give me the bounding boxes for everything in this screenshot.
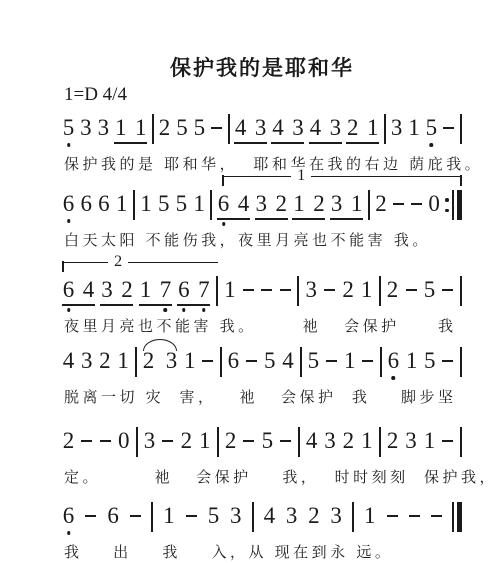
note: 5 — [263, 348, 276, 374]
note: 3 — [254, 115, 267, 141]
note: 2 — [62, 428, 75, 454]
low-octave-dot — [430, 143, 434, 147]
duration-dash-line — [326, 360, 337, 362]
note-digit: 5 — [263, 348, 276, 374]
barline — [297, 276, 299, 306]
duration-dash — [80, 428, 93, 442]
barline — [252, 502, 254, 532]
final-barline — [452, 502, 462, 532]
beam-line — [139, 304, 172, 306]
barline — [217, 427, 219, 457]
duration-dash — [441, 277, 454, 291]
note: 2 — [346, 115, 359, 141]
note-digit: 6 — [62, 277, 75, 303]
note: 5 — [175, 115, 188, 141]
note: 2 — [312, 191, 325, 217]
thick-barline — [457, 502, 462, 532]
note: 3 — [79, 115, 92, 141]
note-digit: 1 — [117, 348, 130, 374]
note-digit: 5 — [157, 191, 170, 217]
note: 3 — [97, 115, 110, 141]
note: 2 — [224, 428, 237, 454]
barline — [379, 427, 381, 457]
barline — [380, 347, 382, 377]
note: 5 — [193, 115, 206, 141]
note-digit: 2 — [224, 428, 237, 454]
beam-group: 12 — [292, 191, 325, 217]
beam-group: 64 — [62, 277, 95, 303]
duration-dash — [405, 277, 418, 291]
note-digit: 4 — [234, 115, 247, 141]
key-signature: 1=D 4/4 — [64, 84, 127, 106]
note-digit: 6 — [387, 348, 400, 374]
notation-row: 20321254321231 — [62, 428, 462, 462]
note: 2 — [275, 191, 288, 217]
low-octave-dot — [67, 531, 71, 535]
note-digit: 6 — [62, 503, 75, 529]
volta-label: 1 — [291, 167, 311, 185]
note: 3 — [255, 191, 268, 217]
note-digit: 4 — [263, 503, 276, 529]
score-system-4: 432123165451615 脱离一切 灾 害， 祂 会保护 我 脚步坚 — [62, 348, 462, 382]
duration-dash — [260, 277, 273, 291]
note-digit: 6 — [62, 191, 75, 217]
lyrics-row: 脱离一切 灾 害， 祂 会保护 我 脚步坚 — [64, 386, 494, 407]
barline — [368, 190, 370, 220]
barline — [228, 114, 230, 144]
barline — [220, 347, 222, 377]
note-digit: 1 — [423, 428, 436, 454]
note-digit: 1 — [366, 115, 379, 141]
duration-dash-line — [186, 515, 197, 517]
duration-dash-line — [81, 440, 92, 442]
score-system-2: 666115516432123120 白天太阳 不能伤我，夜里月亮也不能害 我。… — [62, 191, 462, 225]
rest: 0 — [117, 428, 130, 454]
low-octave-dot — [67, 219, 71, 223]
score-system-3: 64321767132125 夜里月亮也不能害 我。 祂 会保护 我 2 — [62, 277, 462, 311]
note: 7 — [197, 277, 210, 303]
note-digit: 1 — [134, 115, 147, 141]
duration-dash-line — [130, 515, 141, 517]
note-digit: 2 — [158, 115, 171, 141]
note-digit: 1 — [292, 191, 305, 217]
note-digit: 2 — [342, 277, 355, 303]
note: 5 — [423, 277, 436, 303]
note-digit: 1 — [162, 503, 175, 529]
beam-line — [309, 142, 342, 144]
duration-dash-line — [406, 289, 417, 291]
note: 5 — [261, 428, 274, 454]
duration-dash — [323, 277, 336, 291]
note: 4 — [234, 115, 247, 141]
note: 4 — [281, 348, 294, 374]
note: 2 — [142, 348, 155, 374]
note: 3 — [390, 115, 403, 141]
note-digit: 1 — [360, 428, 373, 454]
duration-dash — [210, 115, 223, 129]
thick-barline — [457, 190, 462, 220]
duration-dash-line — [431, 515, 442, 517]
beam-line — [346, 142, 379, 144]
note-digit: 4 — [305, 428, 318, 454]
note: 3 — [165, 348, 178, 374]
note-digit: 2 — [346, 115, 359, 141]
note-digit: 2 — [386, 428, 399, 454]
note-digit: 3 — [79, 115, 92, 141]
note: 1 — [183, 348, 196, 374]
duration-dash — [392, 191, 405, 205]
note: 1 — [139, 277, 152, 303]
volta-bracket: 1 — [222, 176, 462, 188]
duration-dash-line — [443, 127, 454, 129]
note: 6 — [62, 191, 75, 217]
lyrics-row: 我 出 我 入，从 现在到永 远。 — [64, 541, 494, 562]
note-digit: 3 — [97, 115, 110, 141]
note-digit: 2 — [275, 191, 288, 217]
note: 2 — [386, 277, 399, 303]
note: 2 — [180, 428, 193, 454]
note-digit: 2 — [180, 428, 193, 454]
note-digit: 3 — [143, 428, 156, 454]
low-octave-dot — [202, 308, 206, 312]
note-digit: 5 — [175, 115, 188, 141]
low-octave-dot — [164, 308, 168, 312]
note: 3 — [143, 428, 156, 454]
note: 2 — [158, 115, 171, 141]
note-digit: 5 — [425, 115, 438, 141]
beam-line — [177, 304, 210, 306]
note: 1 — [115, 191, 128, 217]
note-digit: 2 — [342, 428, 355, 454]
note-digit: 5 — [62, 115, 75, 141]
note: 6 — [62, 277, 75, 303]
volta-bracket: 2 — [62, 262, 218, 274]
note: 6 — [217, 191, 230, 217]
barline — [352, 502, 354, 532]
note-digit: 5 — [307, 348, 320, 374]
note-digit: 3 — [254, 115, 267, 141]
note: 1 — [360, 277, 373, 303]
duration-dash — [441, 428, 454, 442]
note: 4 — [237, 191, 250, 217]
note: 6 — [80, 191, 93, 217]
barline — [460, 276, 462, 306]
note: 2 — [120, 277, 133, 303]
thin-barline — [452, 502, 454, 532]
lyrics-row: 保护我的是 耶和华， 耶和华在我的右边 荫庇我。 — [64, 153, 494, 174]
note: 1 — [360, 428, 373, 454]
note: 3 — [330, 503, 343, 529]
note-digit: 3 — [405, 428, 418, 454]
score-system-5: 20321254321231 定。 祂 会保护 我， 时时刻刻 保护我， — [62, 428, 462, 462]
duration-dash — [99, 428, 112, 442]
note: 3 — [305, 277, 318, 303]
beam-group: 67 — [177, 277, 210, 303]
note: 1 — [408, 115, 421, 141]
note-digit: 1 — [115, 191, 128, 217]
note: 3 — [100, 277, 113, 303]
barline — [136, 427, 138, 457]
low-octave-dot — [67, 143, 71, 147]
duration-dash-line — [85, 515, 96, 517]
duration-dash-line — [280, 289, 291, 291]
barline — [210, 190, 212, 220]
note: 2 — [342, 277, 355, 303]
duration-dash-line — [243, 440, 254, 442]
volta-hook — [460, 175, 462, 186]
note-digit: 3 — [80, 348, 93, 374]
note-digit: 1 — [408, 115, 421, 141]
note: 1 — [114, 115, 127, 141]
volta-label: 2 — [108, 253, 128, 271]
beam-group: 21 — [346, 115, 379, 141]
note: 1 — [134, 115, 147, 141]
beam-group: 43 — [309, 115, 342, 141]
note-digit: 5 — [423, 277, 436, 303]
note: 1 — [117, 348, 130, 374]
note-digit: 5 — [193, 115, 206, 141]
score-system-6: 6615343231 我 出 我 入，从 现在到永 远。 — [62, 503, 462, 537]
low-octave-dot — [392, 376, 396, 380]
note-digit: 3 — [285, 503, 298, 529]
note: 3 — [229, 503, 242, 529]
note: 2 — [342, 428, 355, 454]
note: 1 — [140, 191, 153, 217]
note-digit: 6 — [80, 191, 93, 217]
slur-group: 23 — [142, 348, 178, 374]
note: 3 — [291, 115, 304, 141]
barline — [151, 502, 153, 532]
note: 4 — [305, 428, 318, 454]
duration-dash — [161, 428, 174, 442]
beam-line — [255, 218, 288, 220]
barline — [300, 347, 302, 377]
note-digit: 2 — [375, 191, 388, 217]
note: 3 — [329, 115, 342, 141]
note: 1 — [405, 348, 418, 374]
duration-dash — [279, 428, 292, 442]
note-digit: 1 — [363, 503, 376, 529]
beam-group: 31 — [330, 191, 363, 217]
duration-dash-line — [243, 289, 254, 291]
note: 5 — [425, 115, 438, 141]
note: 1 — [423, 428, 436, 454]
note-digit: 4 — [309, 115, 322, 141]
beam-line — [100, 304, 133, 306]
beam-line — [330, 218, 363, 220]
duration-dash-line — [280, 440, 291, 442]
lyrics-row: 定。 祂 会保护 我， 时时刻刻 保护我， — [64, 466, 494, 487]
beam-group: 32 — [100, 277, 133, 303]
note: 6 — [107, 503, 120, 529]
note-digit: 5 — [423, 348, 436, 374]
note: 1 — [366, 115, 379, 141]
note: 2 — [375, 191, 388, 217]
note-digit: 2 — [62, 428, 75, 454]
note: 6 — [387, 348, 400, 374]
note-digit: 1 — [114, 115, 127, 141]
note-digit: 5 — [207, 503, 220, 529]
duration-dash-line — [409, 515, 420, 517]
note: 2 — [386, 428, 399, 454]
note-digit: 4 — [281, 348, 294, 374]
beam-group: 32 — [255, 191, 288, 217]
note-digit: 3 — [329, 115, 342, 141]
note: 4 — [62, 348, 75, 374]
note: 3 — [80, 348, 93, 374]
note-digit: 3 — [305, 277, 318, 303]
note-digit: 2 — [312, 191, 325, 217]
score-system-1: 5331125543434321315 保护我的是 耶和华， 耶和华在我的右边 … — [62, 115, 462, 149]
note-digit: 3 — [324, 428, 337, 454]
duration-dash-line — [442, 289, 453, 291]
duration-dash — [441, 348, 454, 362]
duration-dash — [84, 503, 97, 517]
note-digit: 6 — [177, 277, 190, 303]
duration-dash — [279, 277, 292, 291]
note-digit: 1 — [193, 191, 206, 217]
note: 1 — [363, 503, 376, 529]
duration-dash — [410, 191, 423, 205]
thin-barline — [452, 190, 454, 220]
duration-dash — [361, 348, 374, 362]
duration-dash-line — [100, 440, 111, 442]
note: 1 — [350, 191, 363, 217]
duration-dash-line — [393, 203, 404, 205]
barline — [460, 347, 462, 377]
note-digit: 2 — [120, 277, 133, 303]
barline — [384, 114, 386, 144]
note: 5 — [423, 348, 436, 374]
volta-hook — [222, 175, 224, 186]
note-digit: 1 — [360, 277, 373, 303]
note-digit: 4 — [82, 277, 95, 303]
duration-dash-line — [211, 127, 222, 129]
repeat-dot — [445, 209, 449, 213]
duration-dash — [430, 503, 443, 517]
sheet-music-page: 保护我的是耶和华 1=D 4/4 5331125543434321315 保护我… — [0, 0, 500, 563]
note-digit: 3 — [255, 191, 268, 217]
note-digit: 3 — [165, 348, 178, 374]
low-octave-dot — [67, 308, 71, 312]
duration-dash-line — [261, 289, 272, 291]
note: 6 — [97, 191, 110, 217]
note: 2 — [307, 503, 320, 529]
note-digit: 6 — [107, 503, 120, 529]
note: 1 — [162, 503, 175, 529]
note-digit: 1 — [198, 428, 211, 454]
note-digit: 3 — [291, 115, 304, 141]
duration-dash — [442, 115, 455, 129]
note-digit: 7 — [197, 277, 210, 303]
note-digit: 5 — [175, 191, 188, 217]
note: 5 — [157, 191, 170, 217]
note-digit: 3 — [330, 503, 343, 529]
note-digit: 1 — [350, 191, 363, 217]
note: 3 — [330, 191, 343, 217]
duration-dash — [325, 348, 338, 362]
duration-dash-line — [387, 515, 398, 517]
duration-dash — [242, 428, 255, 442]
note-digit: 1 — [223, 277, 236, 303]
beam-line — [234, 142, 267, 144]
note: 1 — [193, 191, 206, 217]
volta-hook — [62, 261, 64, 272]
note-digit: 6 — [217, 191, 230, 217]
barline — [298, 427, 300, 457]
duration-dash-line — [411, 203, 422, 205]
note: 1 — [198, 428, 211, 454]
barline — [460, 427, 462, 457]
note: 1 — [292, 191, 305, 217]
beam-line — [217, 218, 250, 220]
note-digit: 4 — [271, 115, 284, 141]
note: 1 — [343, 348, 356, 374]
duration-dash — [129, 503, 142, 517]
beam-group: 11 — [114, 115, 147, 141]
note-digit: 1 — [139, 277, 152, 303]
note-digit: 1 — [343, 348, 356, 374]
barline — [379, 276, 381, 306]
notation-row: 666115516432123120 — [62, 191, 462, 225]
note: 4 — [82, 277, 95, 303]
barline — [135, 347, 137, 377]
beam-line — [271, 142, 304, 144]
notation-row: 432123165451615 — [62, 348, 462, 382]
repeat-dots — [445, 190, 449, 220]
note-digit: 3 — [229, 503, 242, 529]
duration-dash-line — [246, 360, 257, 362]
duration-dash — [242, 277, 255, 291]
low-octave-dot — [182, 308, 186, 312]
beam-group: 43 — [271, 115, 304, 141]
notation-row: 64321767132125 — [62, 277, 462, 311]
note-digit: 4 — [62, 348, 75, 374]
note-digit: 3 — [100, 277, 113, 303]
barline — [152, 114, 154, 144]
note-digit: 1 — [183, 348, 196, 374]
note-digit: 2 — [386, 277, 399, 303]
note-digit: 3 — [330, 191, 343, 217]
note-digit: 2 — [307, 503, 320, 529]
barline — [216, 276, 218, 306]
barline — [460, 114, 462, 144]
duration-dash — [386, 503, 399, 517]
note-digit: 5 — [261, 428, 274, 454]
note-digit: 7 — [159, 277, 172, 303]
duration-dash — [408, 503, 421, 517]
repeat-dot — [445, 198, 449, 202]
duration-dash-line — [442, 440, 453, 442]
beam-line — [292, 218, 325, 220]
note: 5 — [207, 503, 220, 529]
note-digit: 6 — [227, 348, 240, 374]
note: 5 — [62, 115, 75, 141]
note: 7 — [159, 277, 172, 303]
note-digit: 0 — [117, 428, 130, 454]
note-digit: 6 — [97, 191, 110, 217]
duration-dash-line — [362, 360, 373, 362]
lyrics-row: 夜里月亮也不能害 我。 祂 会保护 我 — [64, 315, 494, 336]
note: 6 — [62, 503, 75, 529]
note-digit: 2 — [142, 348, 155, 374]
note: 5 — [175, 191, 188, 217]
barline — [133, 190, 135, 220]
duration-dash-line — [162, 440, 173, 442]
lyrics-row: 白天太阳 不能伤我，夜里月亮也不能害 我。 — [64, 229, 494, 250]
duration-dash-line — [324, 289, 335, 291]
duration-dash-line — [442, 360, 453, 362]
